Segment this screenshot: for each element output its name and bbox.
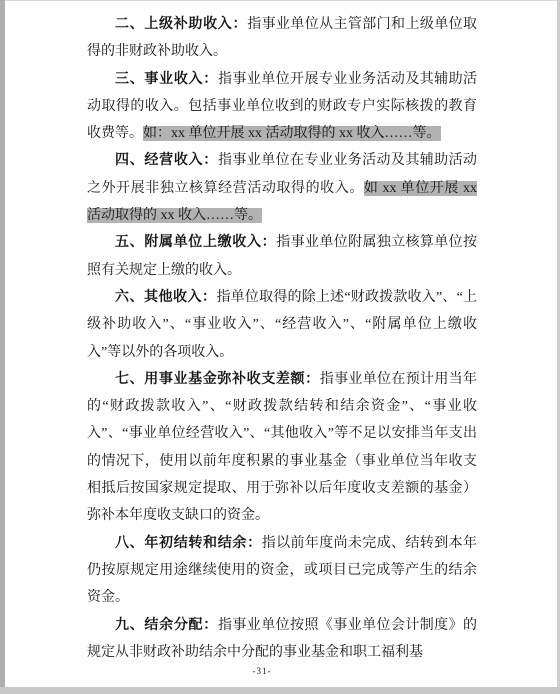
term-heading: 六、其他收入： xyxy=(115,289,217,305)
document-body: 二、上级补助收入：指事业单位从主管部门和上级单位取得的非财政补助收入。 三、事业… xyxy=(87,11,477,666)
scanned-document-page: 二、上级补助收入：指事业单位从主管部门和上级单位取得的非财政补助收入。 三、事业… xyxy=(0,0,560,694)
paragraph-operating-income-public: 三、事业收入：指事业单位开展专业业务活动及其辅助活动取得的收入。包括事业单位收到… xyxy=(87,66,477,148)
term-heading: 五、附属单位上缴收入： xyxy=(115,234,276,250)
highlighted-text: 如：xx 单位开展 xx 活动取得的 xx 收入……等。 xyxy=(143,126,441,141)
term-definition: 指事业单位在预计用当年的“财政拨款收入”、“财政拨款结转和结余资金”、“事业收入… xyxy=(87,372,477,523)
paragraph-fund-deficit-coverage: 七、用事业基金弥补收支差额：指事业单位在预计用当年的“财政拨款收入”、“财政拨款… xyxy=(87,366,477,530)
term-heading: 七、用事业基金弥补收支差额： xyxy=(115,371,320,387)
paragraph-balance-distribution: 九、结余分配：指事业单位按照《事业单位会计制度》的规定从非财政补助结余中分配的事… xyxy=(87,612,477,667)
paragraph-business-income: 四、经营收入：指事业单位在专业业务活动及其辅助活动之外开展非独立核算经营活动取得… xyxy=(87,147,477,229)
paragraph-other-income: 六、其他收入：指单位取得的除上述“财政拨款收入”、“上级补助收入”、“事业收入”… xyxy=(87,284,477,366)
term-heading: 二、上级补助收入： xyxy=(115,16,247,32)
paragraph-subordinate-unit-income: 五、附属单位上缴收入：指事业单位附属独立核算单位按照有关规定上缴的收入。 xyxy=(87,229,477,284)
term-heading: 八、年初结转和结余： xyxy=(115,535,262,551)
paragraph-superior-subsidy-income: 二、上级补助收入：指事业单位从主管部门和上级单位取得的非财政补助收入。 xyxy=(87,11,477,66)
scan-edge-top xyxy=(0,0,560,1)
term-heading: 九、结余分配： xyxy=(115,617,218,633)
page-number: -31- xyxy=(0,666,524,676)
scan-edge-left xyxy=(0,0,5,694)
scan-edge-bottom xyxy=(0,687,560,694)
term-heading: 三、事业收入： xyxy=(115,71,218,87)
paragraph-carryover-balance: 八、年初结转和结余：指以前年度尚未完成、结转到本年仍按原规定用途继续使用的资金，… xyxy=(87,530,477,612)
term-heading: 四、经营收入： xyxy=(115,152,218,168)
